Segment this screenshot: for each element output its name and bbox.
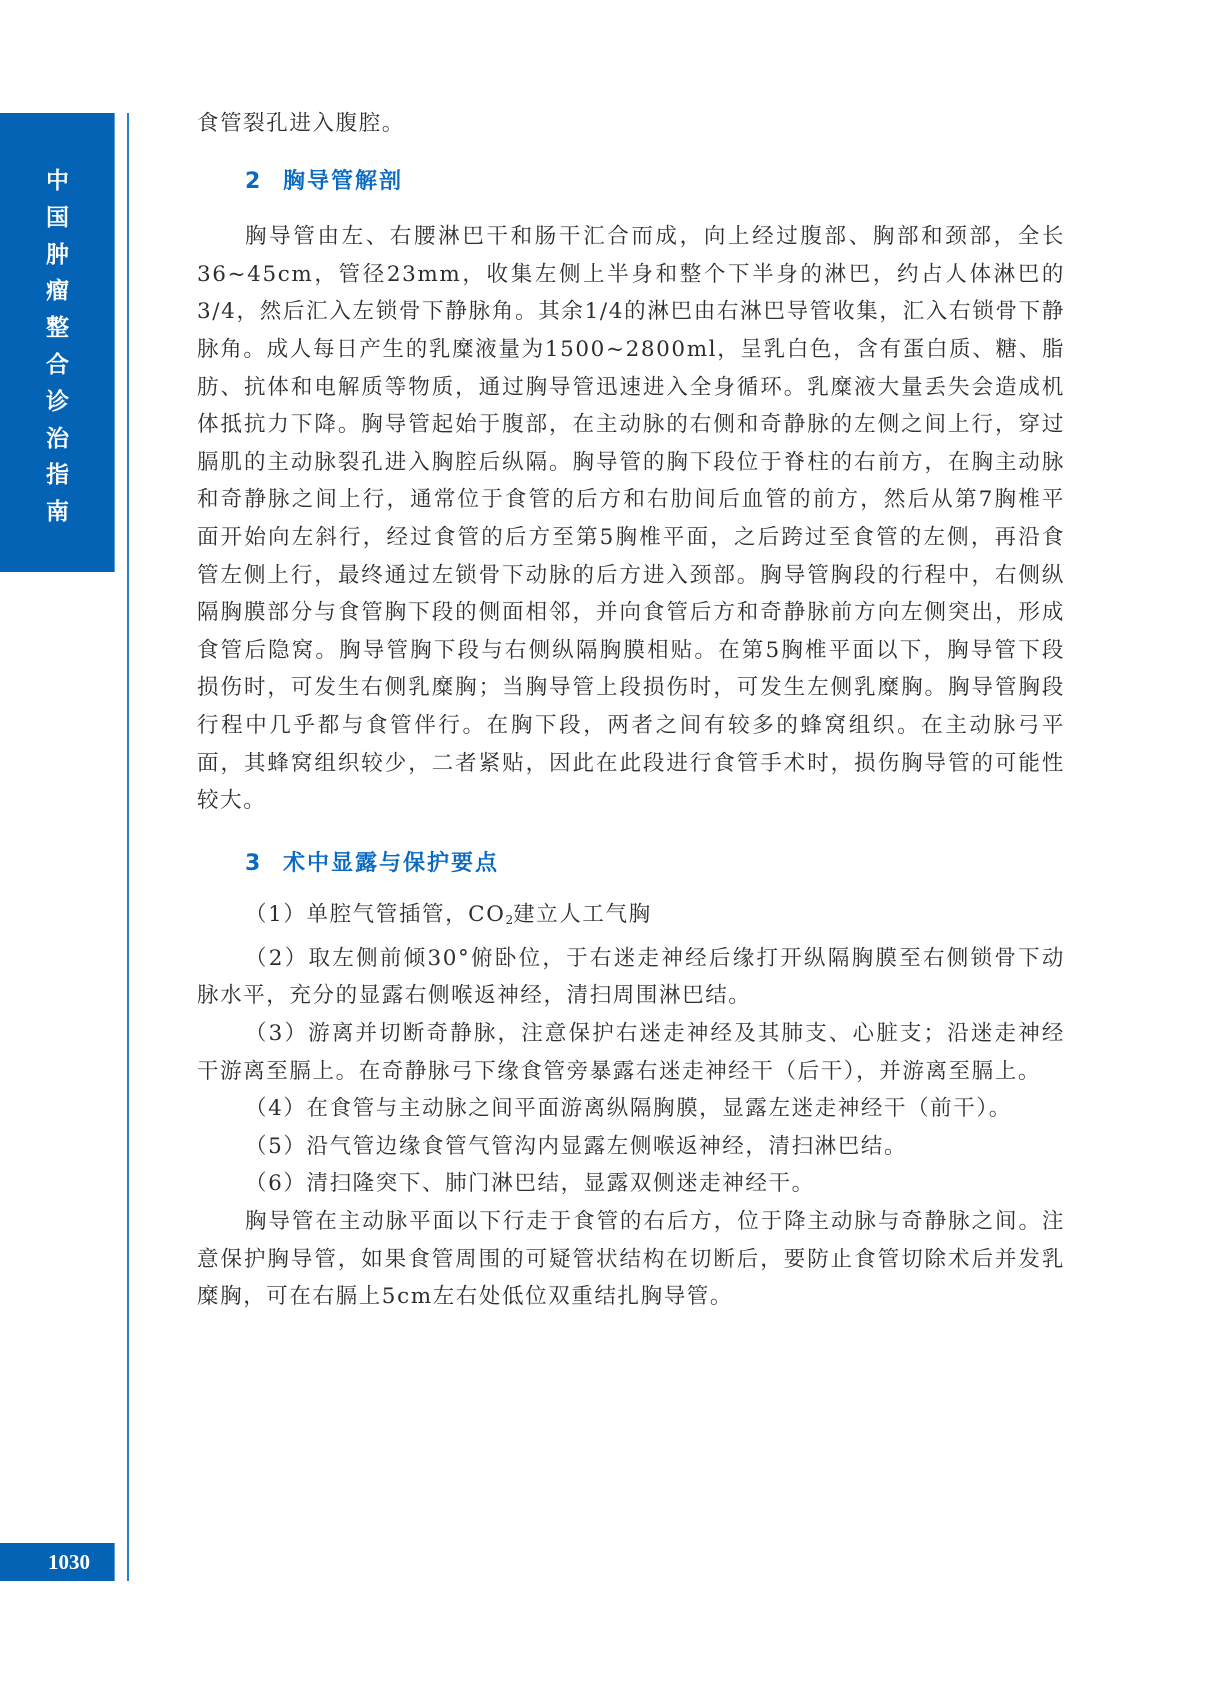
section-heading-3: 3术中显露与保护要点 — [197, 845, 1065, 883]
book-title-char: 指 — [46, 457, 69, 494]
list-item-4: （4）在食管与主动脉之间平面游离纵隔胸膜，显露左迷走神经干（前干）。 — [197, 1090, 1065, 1128]
book-title-char: 治 — [46, 421, 69, 458]
section-title: 术中显露与保护要点 — [283, 851, 499, 876]
margin-rule-divider — [127, 113, 129, 1581]
list-item-6: （6）清扫隆突下、肺门淋巴结，显露双侧迷走神经干。 — [197, 1165, 1065, 1203]
section-number: 2 — [245, 163, 283, 201]
section-heading-2: 2胸导管解剖 — [197, 163, 1065, 201]
closing-paragraph: 胸导管在主动脉平面以下行走于食管的右后方，位于降主动脉与奇静脉之间。注意保护胸导… — [197, 1203, 1065, 1316]
book-title-char: 诊 — [46, 384, 69, 421]
list-item-5: （5）沿气管边缘食管气管沟内显露左侧喉返神经，清扫淋巴结。 — [197, 1128, 1065, 1166]
book-title-char: 南 — [46, 494, 69, 531]
page-body: 食管裂孔进入腹腔。 2胸导管解剖 胸导管由左、右腰淋巴干和肠干汇合而成，向上经过… — [197, 105, 1065, 1316]
book-title-char: 整 — [46, 310, 69, 347]
book-title-char: 瘤 — [46, 273, 69, 310]
subscript: 2 — [505, 913, 513, 927]
page-number: 1030 — [0, 1543, 115, 1581]
book-title-char: 合 — [46, 347, 69, 384]
section-number: 3 — [245, 845, 283, 883]
list-item-2: （2）取左侧前倾30°俯卧位，于右迷走神经后缘打开纵隔胸膜至右侧锁骨下动脉水平，… — [197, 940, 1065, 1015]
list-item-3: （3）游离并切断奇静脉，注意保护右迷走神经及其肺支、心脏支；沿迷走神经干游离至膈… — [197, 1015, 1065, 1090]
lead-paragraph: 食管裂孔进入腹腔。 — [197, 105, 1065, 143]
list-item-text: 建立人工气胸 — [513, 902, 652, 927]
book-title-vertical: 中 国 肿 瘤 整 合 诊 治 指 南 — [0, 163, 115, 531]
list-item-1: （1）单腔气管插管，CO2建立人工气胸 — [197, 896, 1065, 940]
book-title-char: 肿 — [46, 237, 69, 274]
list-item-text: （1）单腔气管插管，CO — [245, 902, 505, 927]
book-title-char: 中 — [46, 163, 69, 200]
book-title-char: 国 — [46, 200, 69, 237]
section-2-paragraph: 胸导管由左、右腰淋巴干和肠干汇合而成，向上经过腹部、胸部和颈部，全长36~45c… — [197, 218, 1065, 820]
section-title: 胸导管解剖 — [283, 169, 403, 194]
sidebar-book-title-block: 中 国 肿 瘤 整 合 诊 治 指 南 — [0, 113, 115, 572]
